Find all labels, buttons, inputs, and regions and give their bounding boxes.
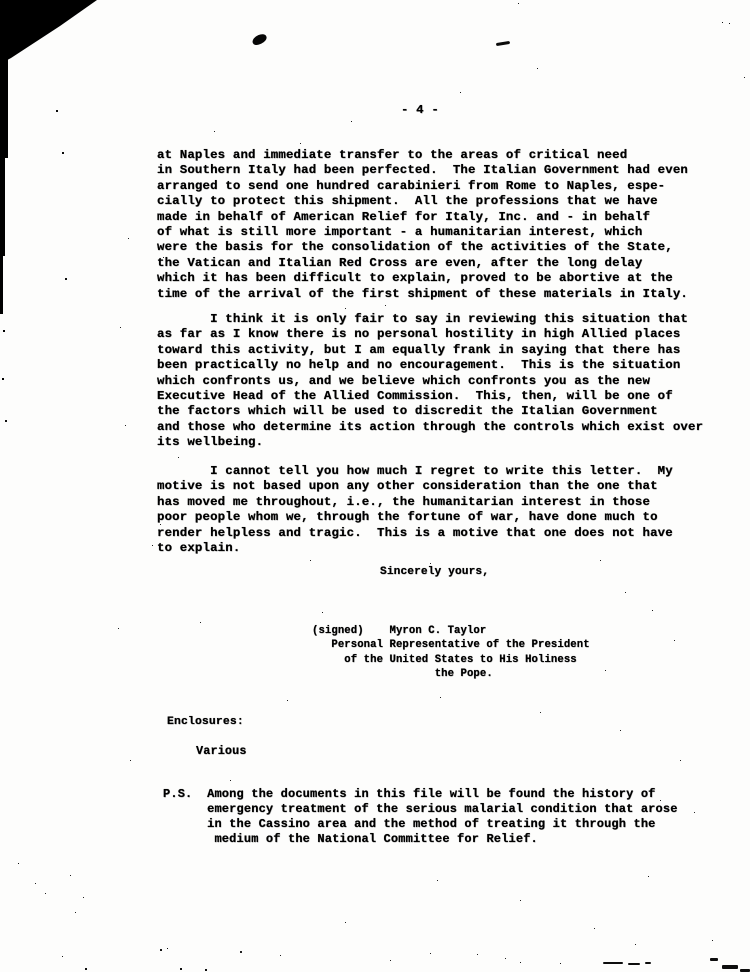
scan-bottom-artifact [645, 962, 651, 964]
scan-edge-artifact [0, 256, 3, 314]
signature-block: (signed) Myron C. Taylor Personal Repres… [312, 624, 590, 682]
ink-blob-artifact [251, 32, 268, 46]
scan-bottom-artifact [710, 958, 718, 961]
body-paragraph-2: I think it is only fair to say in review… [157, 312, 703, 451]
scan-edge-artifact [0, 20, 8, 158]
scan-edge-artifact [0, 158, 5, 256]
scan-bottom-artifact [722, 965, 738, 969]
scanned-letter-page: - 4 - at Naples and immediate transfer t… [0, 0, 750, 972]
enclosures-value: Various [196, 744, 247, 759]
postscript: P.S. Among the documents in this file wi… [163, 787, 678, 847]
scan-speckles [0, 0, 2, 2]
scan-bottom-artifact [603, 962, 623, 964]
scan-corner-artifact [0, 0, 110, 70]
closing-salutation: Sincerely yours, [380, 565, 489, 579]
scan-bottom-artifact [628, 963, 640, 965]
body-paragraph-3: I cannot tell you how much I regret to w… [157, 464, 673, 556]
ink-dash-artifact [496, 41, 510, 46]
body-paragraph-1: at Naples and immediate transfer to the … [157, 148, 688, 302]
enclosures-label: Enclosures: [167, 715, 244, 730]
page-number: - 4 - [401, 103, 439, 118]
